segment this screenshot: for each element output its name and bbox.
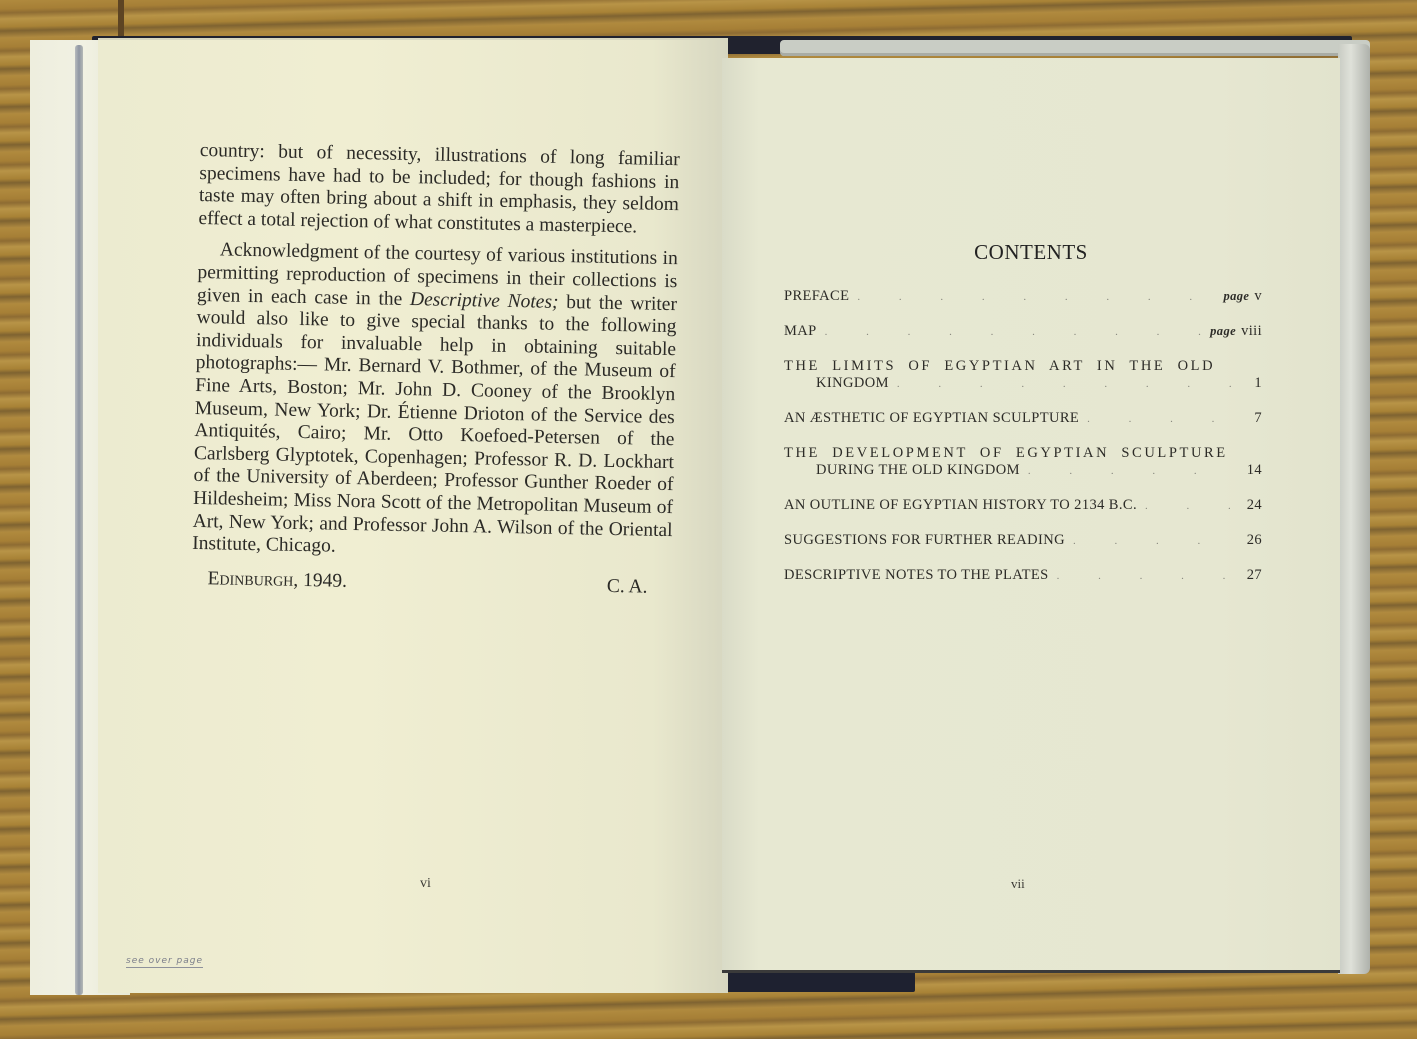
toc-entry-map[interactable]: MAP pageviii: [784, 323, 1262, 340]
toc-entry-page: pageviii: [1210, 323, 1262, 340]
toc-entry-history[interactable]: AN OUTLINE OF EGYPTIAN HISTORY TO 2134 B…: [784, 497, 1262, 514]
page-value: v: [1254, 288, 1262, 304]
handwritten-note: see over page: [126, 956, 203, 968]
toc-entry-title: AN OUTLINE OF EGYPTIAN HISTORY TO 2134 B…: [784, 497, 1137, 514]
toc-entry-development[interactable]: THE DEVELOPMENT OF EGYPTIAN SCULPTURE DU…: [784, 445, 1262, 479]
leader-dots: [897, 378, 1234, 390]
paragraph-acknowledgment: Acknowledgment of the courtesy of variou…: [192, 239, 678, 564]
toc-entry-title: AN ÆSTHETIC OF EGYPTIAN SCULPTURE: [784, 410, 1079, 427]
preface-text: country: but of necessity, illustrations…: [191, 140, 680, 599]
toc-entry-page: 26: [1242, 532, 1262, 549]
year: , 1949.: [293, 570, 347, 592]
leader-dots: [857, 291, 1215, 303]
toc-entry-reading[interactable]: SUGGESTIONS FOR FURTHER READING 26: [784, 532, 1262, 549]
toc-entry-title: PREFACE: [784, 288, 849, 305]
toc-entry-title: MAP: [784, 323, 817, 340]
leader-dots: [1057, 570, 1234, 582]
toc-entry-limits[interactable]: THE LIMITS OF EGYPTIAN ART IN THE OLD KI…: [784, 358, 1262, 392]
page-label: page: [1223, 289, 1249, 303]
toc-entry-title: DESCRIPTIVE NOTES TO THE PLATES: [784, 567, 1049, 584]
toc-entry-title: THE LIMITS OF EGYPTIAN ART IN THE OLD: [784, 358, 1215, 375]
toc-entry-page: 24: [1242, 497, 1262, 514]
toc-entry-title: SUGGESTIONS FOR FURTHER READING: [784, 532, 1065, 549]
toc-entry-title-cont: KINGDOM: [816, 375, 889, 392]
toc-entry-title-cont: DURING THE OLD KINGDOM: [816, 462, 1020, 479]
page-right: CONTENTS PREFACE pagev MAP pageviii THE …: [722, 58, 1340, 973]
toc-entry-page: 1: [1242, 375, 1262, 392]
toc-entry-notes[interactable]: DESCRIPTIVE NOTES TO THE PLATES 27: [784, 567, 1262, 584]
toc-entry-page: 27: [1242, 567, 1262, 584]
toc-entry-page: 14: [1242, 462, 1262, 479]
toc-entry-title: THE DEVELOPMENT OF EGYPTIAN SCULPTURE: [784, 445, 1228, 462]
jacket-fold-stripe: [75, 45, 83, 995]
page-number-left: vi: [420, 876, 431, 892]
leader-dots: [1028, 465, 1234, 477]
leader-dots: [825, 326, 1203, 338]
leader-dots: [1073, 535, 1234, 547]
place: Edinburgh: [207, 568, 293, 591]
contents-heading: CONTENTS: [722, 240, 1340, 265]
dust-jacket-right-edge: [1338, 44, 1370, 974]
toc-entry-aesthetic[interactable]: AN ÆSTHETIC OF EGYPTIAN SCULPTURE 7: [784, 410, 1262, 427]
signoff: Edinburgh, 1949. C. A.: [191, 568, 671, 600]
toc-entry-preface[interactable]: PREFACE pagev: [784, 288, 1262, 305]
leader-dots: [1087, 413, 1234, 425]
ack-text-end: but the writer would also like to give s…: [192, 291, 677, 556]
page-label: page: [1210, 324, 1236, 338]
table-of-contents: PREFACE pagev MAP pageviii THE LIMITS OF…: [784, 288, 1262, 602]
page-left: country: but of necessity, illustrations…: [98, 38, 728, 993]
leader-dots: [1145, 500, 1234, 512]
page-value: viii: [1241, 323, 1262, 339]
ack-italic-title: Descriptive Notes;: [410, 289, 559, 313]
paragraph-country: country: but of necessity, illustrations…: [198, 140, 680, 240]
author-initials: C. A.: [607, 576, 648, 599]
toc-entry-page: 7: [1242, 410, 1262, 427]
dust-jacket-top-edge: [780, 40, 1370, 56]
toc-entry-page: pagev: [1223, 288, 1262, 305]
page-number-right: vii: [1011, 876, 1025, 892]
place-date: Edinburgh, 1949.: [207, 568, 347, 593]
